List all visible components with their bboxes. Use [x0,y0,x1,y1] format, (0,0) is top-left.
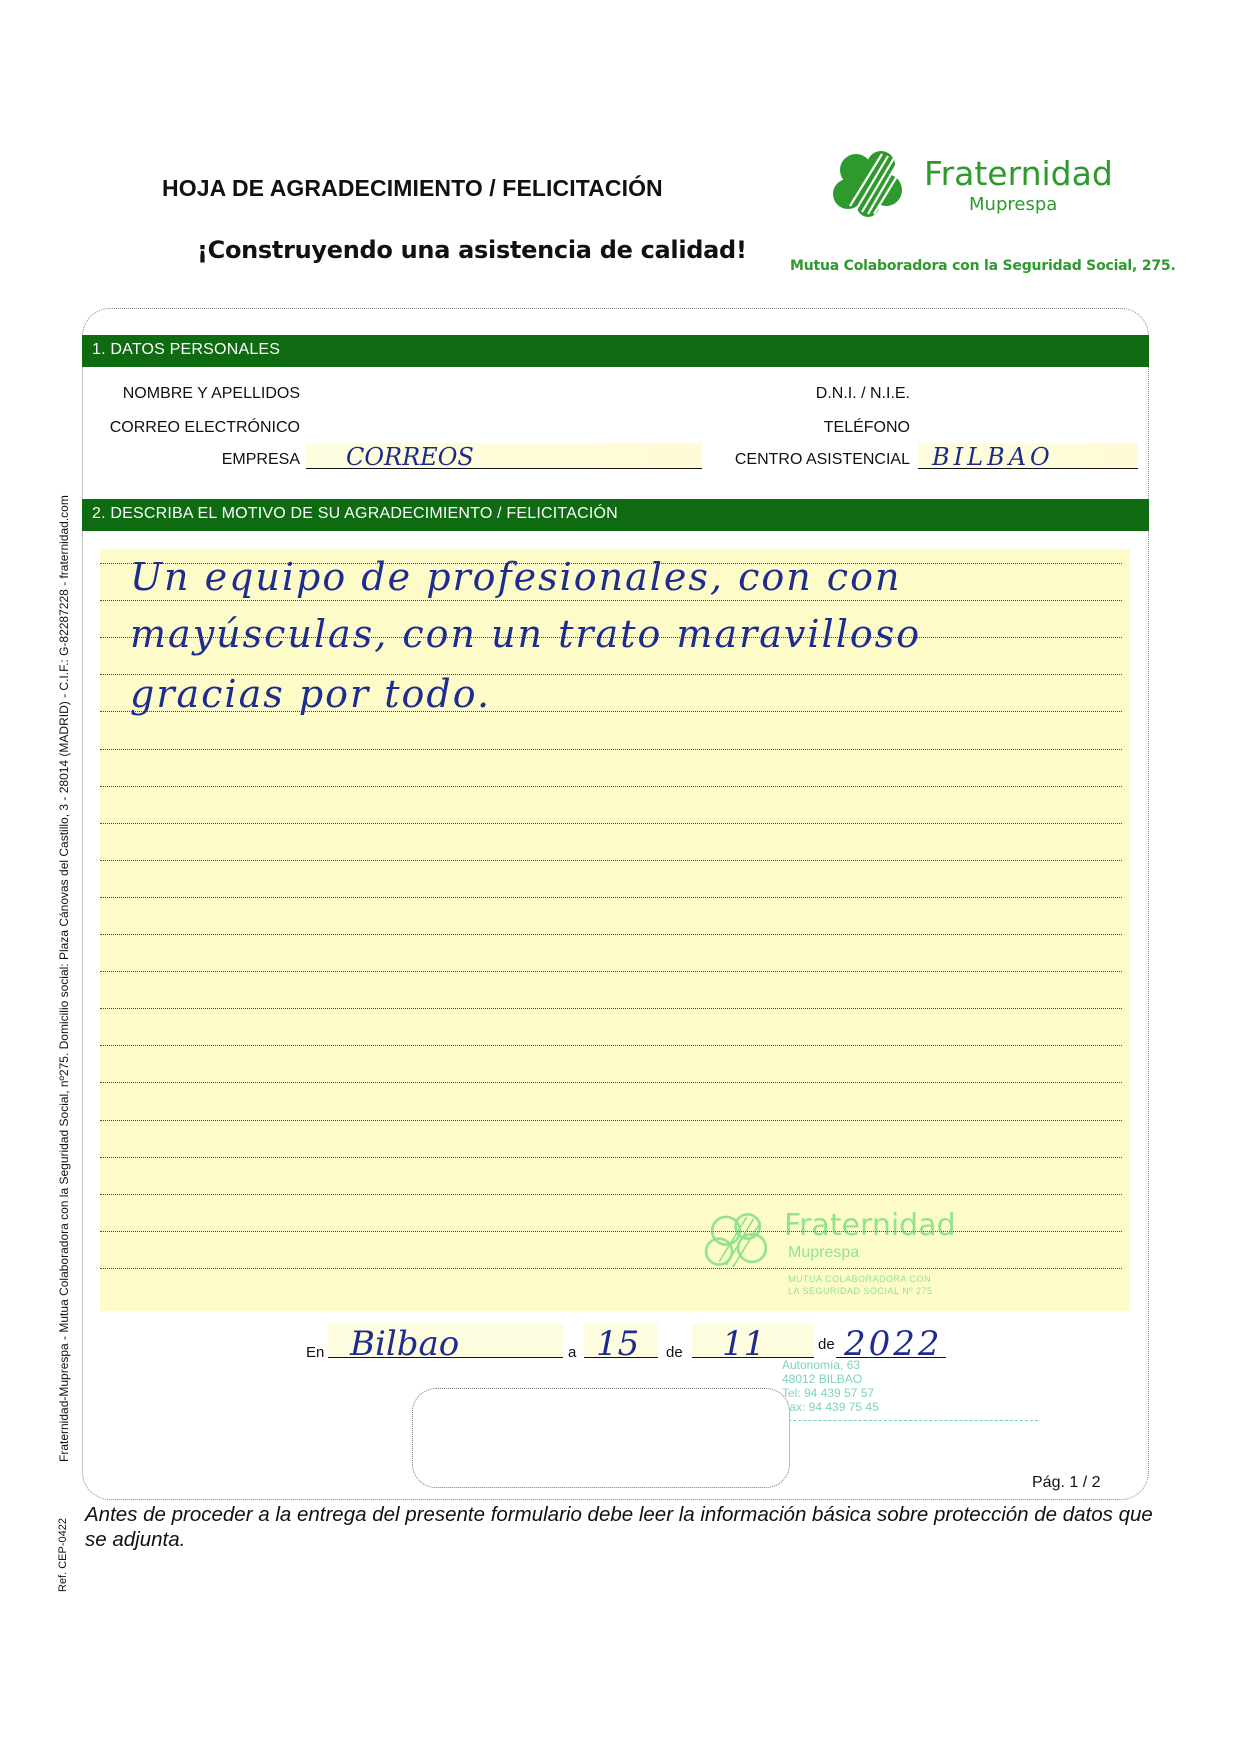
dni-label: D.N.I. / N.I.E. [700,385,910,403]
stamp-line-1: MUTUA COLABORADORA CON [788,1274,931,1284]
stamp-name: Fraternidad [784,1208,956,1243]
date-de-label-1: de [666,1344,683,1361]
address-stamp-underline [768,1420,1038,1421]
ruled-line [100,786,1122,787]
address-line-2: 48012 BILBAO [782,1372,879,1386]
handwritten-line-3: gracias por todo. [130,672,491,716]
address-line-3: Tel: 94 439 57 57 [782,1386,879,1400]
page-number: Pág. 1 / 2 [1032,1474,1101,1492]
date-year-field[interactable]: 2022 [836,1324,946,1358]
document-subtitle: ¡Construyendo una asistencia de calidad! [197,236,747,264]
ruled-line [100,1082,1122,1083]
ruled-line [100,1231,1122,1232]
address-line-1: Autonomía, 63 [782,1358,879,1372]
date-a-label: a [568,1344,576,1361]
stamp-subname: Muprespa [788,1244,859,1262]
ruled-line [100,1045,1122,1046]
ruled-line [100,1268,1122,1269]
centro-label: CENTRO ASISTENCIAL [700,451,910,469]
ruled-line [100,971,1122,972]
mutua-line: Mutua Colaboradora con la Seguridad Soci… [790,258,1176,274]
ruled-line [100,749,1122,750]
date-day-field[interactable]: 15 [584,1324,658,1358]
address-line-4: Fax: 94 439 75 45 [782,1400,879,1414]
date-de-label-2: de [818,1336,835,1353]
data-protection-note: Antes de proceder a la entrega del prese… [85,1502,1165,1552]
ruled-line [100,897,1122,898]
empresa-field[interactable]: CORREOS [306,443,702,469]
empresa-label: EMPRESA [90,451,300,469]
address-stamp: Autonomía, 63 48012 BILBAO Tel: 94 439 5… [782,1358,879,1414]
stamp-line-2: LA SEGURIDAD SOCIAL Nº 275 [788,1286,933,1296]
nombre-label: NOMBRE Y APELLIDOS [90,385,300,403]
telefono-field[interactable] [918,410,1138,436]
document-title: HOJA DE AGRADECIMIENTO / FELICITACIÓN [162,175,663,202]
section-personal-data-heading: 1. DATOS PERSONALES [82,335,1149,367]
date-city-field[interactable]: Bilbao [328,1324,563,1358]
handwritten-line-2: mayúsculas, con un trato maravilloso [130,612,921,656]
ruled-line [100,1120,1122,1121]
side-legal-text: Fraternidad-Muprespa - Mutua Colaborador… [57,495,71,1462]
fraternidad-logo: Fraternidad Muprespa [826,148,1116,218]
ruled-line [100,1157,1122,1158]
logo-name: Fraternidad [924,154,1113,193]
date-en-label: En [306,1344,324,1361]
company-stamp: Fraternidad Muprespa MUTUA COLABORADORA … [700,1206,950,1306]
clover-logo-icon [826,148,916,218]
logo-subname: Muprespa [969,194,1057,215]
handwritten-line-1: Un equipo de profesionales, con con [130,555,901,599]
ruled-line [100,1008,1122,1009]
telefono-label: TELÉFONO [700,419,910,437]
centro-field[interactable]: BILBAO [918,443,1138,469]
ruled-line [100,823,1122,824]
reason-text-area[interactable] [100,549,1130,1311]
dni-field[interactable] [918,376,1138,402]
form-reference: Ref. CEP-0422 [57,1518,69,1592]
ruled-line [100,860,1122,861]
stamp-clover-icon [700,1210,778,1274]
section-reason-heading: 2. DESCRIBA EL MOTIVO DE SU AGRADECIMIEN… [82,499,1149,531]
correo-label: CORREO ELECTRÓNICO [80,419,300,437]
ruled-line [100,934,1122,935]
ruled-line [100,1194,1122,1195]
date-month-field[interactable]: 11 [692,1324,814,1358]
signature-box[interactable] [412,1388,790,1488]
ruled-line [100,600,1122,601]
